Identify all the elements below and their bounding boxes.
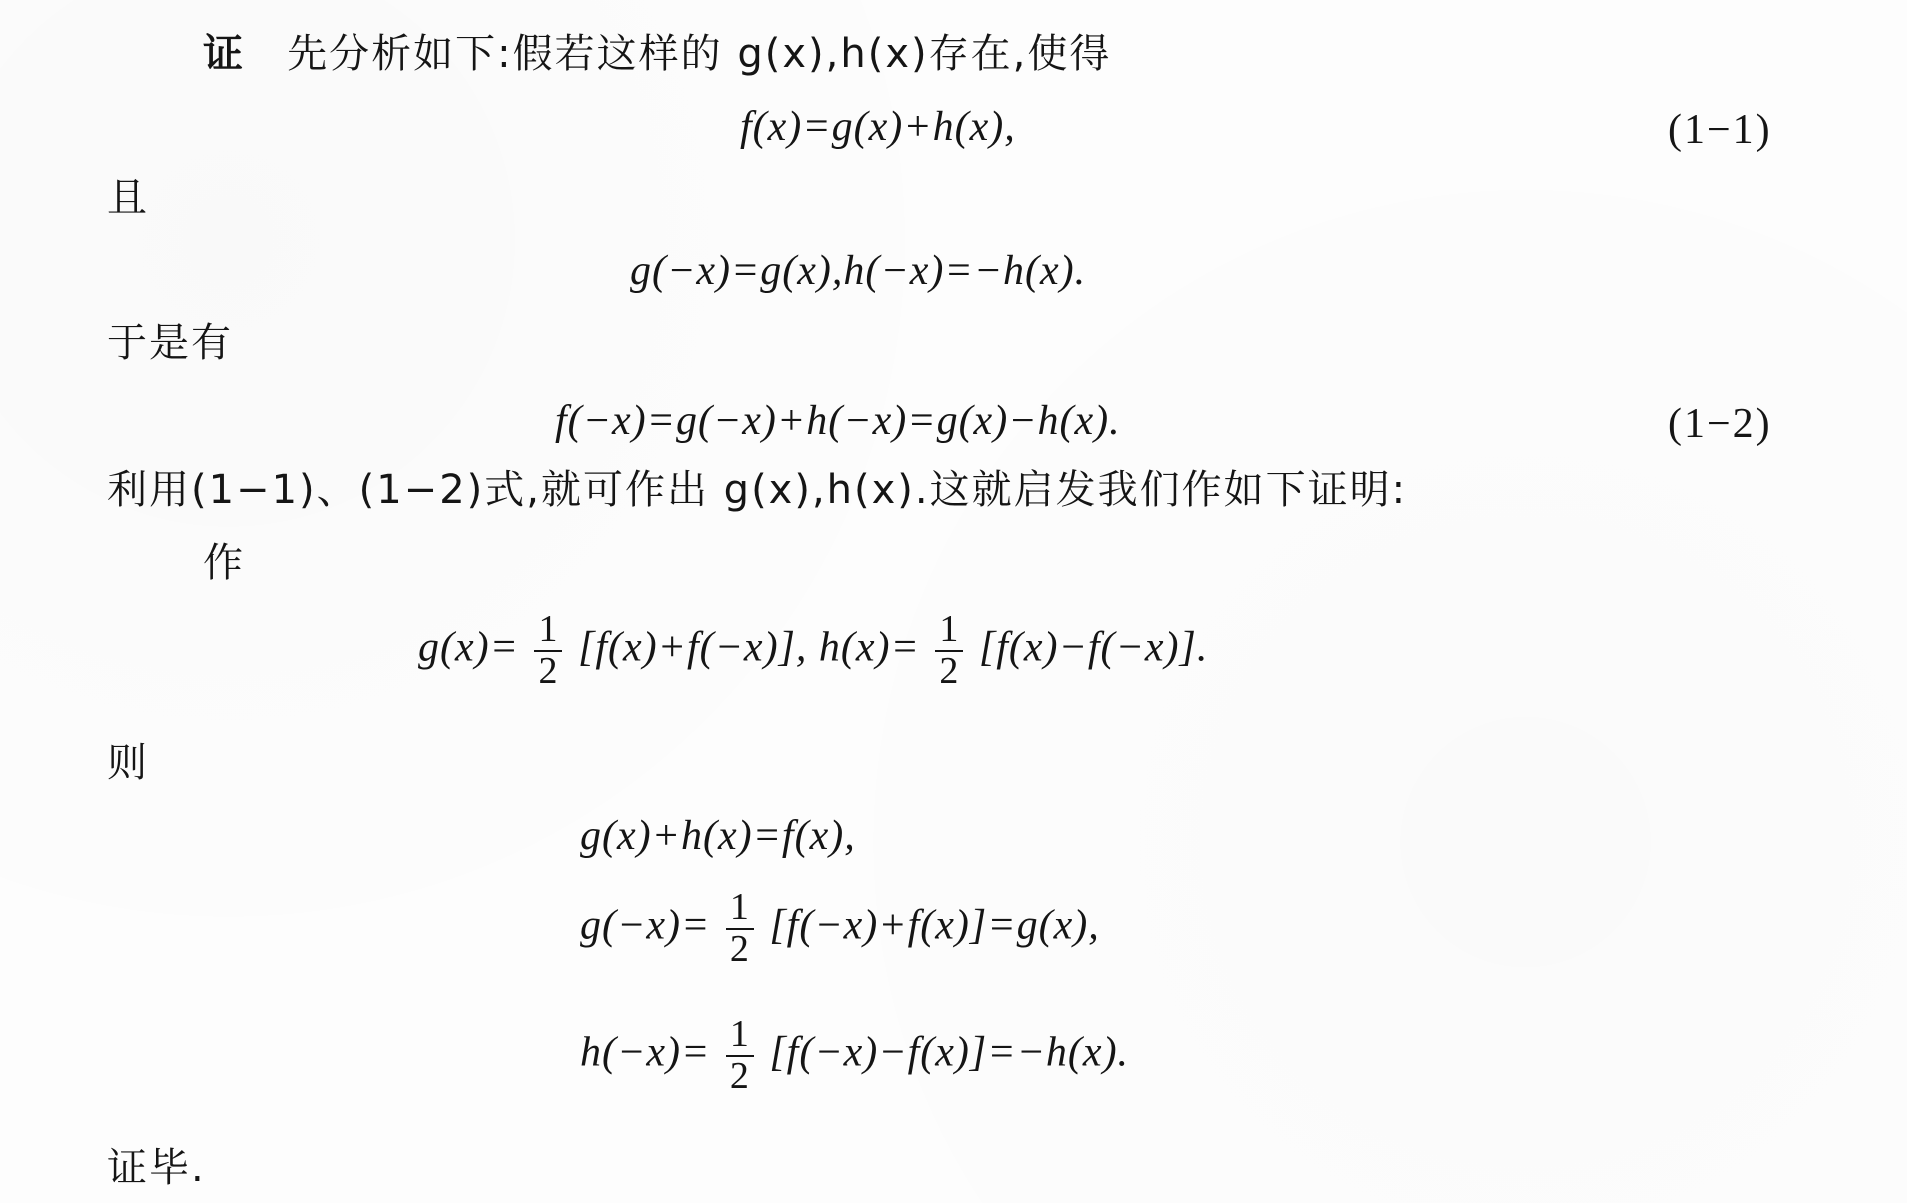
def-h-fraction: 1 2 [935,610,963,692]
equation-1-1: f(x)=g(x)+h(x), [740,106,1016,148]
def-h-frac-num: 1 [935,610,963,650]
connector-and: 且 [107,178,149,218]
connector-then: 则 [107,743,149,783]
connector-construct: 作 [203,543,245,583]
def-g-frac-num: 1 [534,610,562,650]
parity-equation-text: g(−x)=g(x),h(−x)=−h(x). [630,248,1086,294]
result-h-frac-num: 1 [726,1015,754,1055]
result-sum-text: g(x)+h(x)=f(x), [580,813,856,859]
result-h-fraction: 1 2 [726,1015,754,1097]
equation-1-2: f(−x)=g(−x)+h(−x)=g(x)−h(x). [555,400,1121,442]
definition-g-h: g(x)= 1 2 [f(x)+f(−x)], h(x)= 1 2 [f(x)−… [418,610,1208,692]
def-h-lhs: h(x)= [819,625,920,671]
proof-intro-line: 证 先分析如下:假若这样的 g(x),h(x)存在,使得 [203,34,1111,74]
equation-number-1-1: (1−1) [1668,106,1772,154]
result-h-frac-den: 2 [726,1057,754,1097]
equation-1-2-text: f(−x)=g(−x)+h(−x)=g(x)−h(x). [555,398,1121,444]
result-g-fraction: 1 2 [726,888,754,970]
result-sum: g(x)+h(x)=f(x), [580,815,856,857]
result-g-frac-num: 1 [726,888,754,928]
def-g-fraction: 1 2 [534,610,562,692]
equation-number-1-2: (1−2) [1668,400,1772,448]
proof-intro-text: 先分析如下:假若这样的 g(x),h(x)存在,使得 [287,31,1111,77]
result-g-lhs: g(−x)= [580,903,710,949]
parity-equation: g(−x)=g(x),h(−x)=−h(x). [630,250,1086,292]
result-h-odd: h(−x)= 1 2 [f(−x)−f(x)]=−h(x). [580,1015,1129,1097]
def-g-rhs: [f(x)+f(−x)], [578,625,807,671]
result-h-rhs: [f(−x)−f(x)]=−h(x). [769,1030,1129,1076]
def-g-lhs: g(x)= [418,625,519,671]
using-equations-text: 利用(1−1)、(1−2)式,就可作出 g(x),h(x).这就启发我们作如下证… [107,470,1407,510]
def-h-rhs: [f(x)−f(−x)]. [979,625,1208,671]
result-h-lhs: h(−x)= [580,1030,710,1076]
result-g-even: g(−x)= 1 2 [f(−x)+f(x)]=g(x), [580,888,1100,970]
result-g-rhs: [f(−x)+f(x)]=g(x), [769,903,1099,949]
def-g-frac-den: 2 [534,652,562,692]
equation-1-1-text: f(x)=g(x)+h(x), [740,104,1016,150]
result-g-frac-den: 2 [726,930,754,970]
proof-label: 证 [203,31,245,77]
qed-text: 证毕. [107,1148,206,1188]
scanned-textbook-page: 证 先分析如下:假若这样的 g(x),h(x)存在,使得 f(x)=g(x)+h… [0,0,1907,1203]
def-h-frac-den: 2 [935,652,963,692]
connector-thus: 于是有 [107,323,233,363]
